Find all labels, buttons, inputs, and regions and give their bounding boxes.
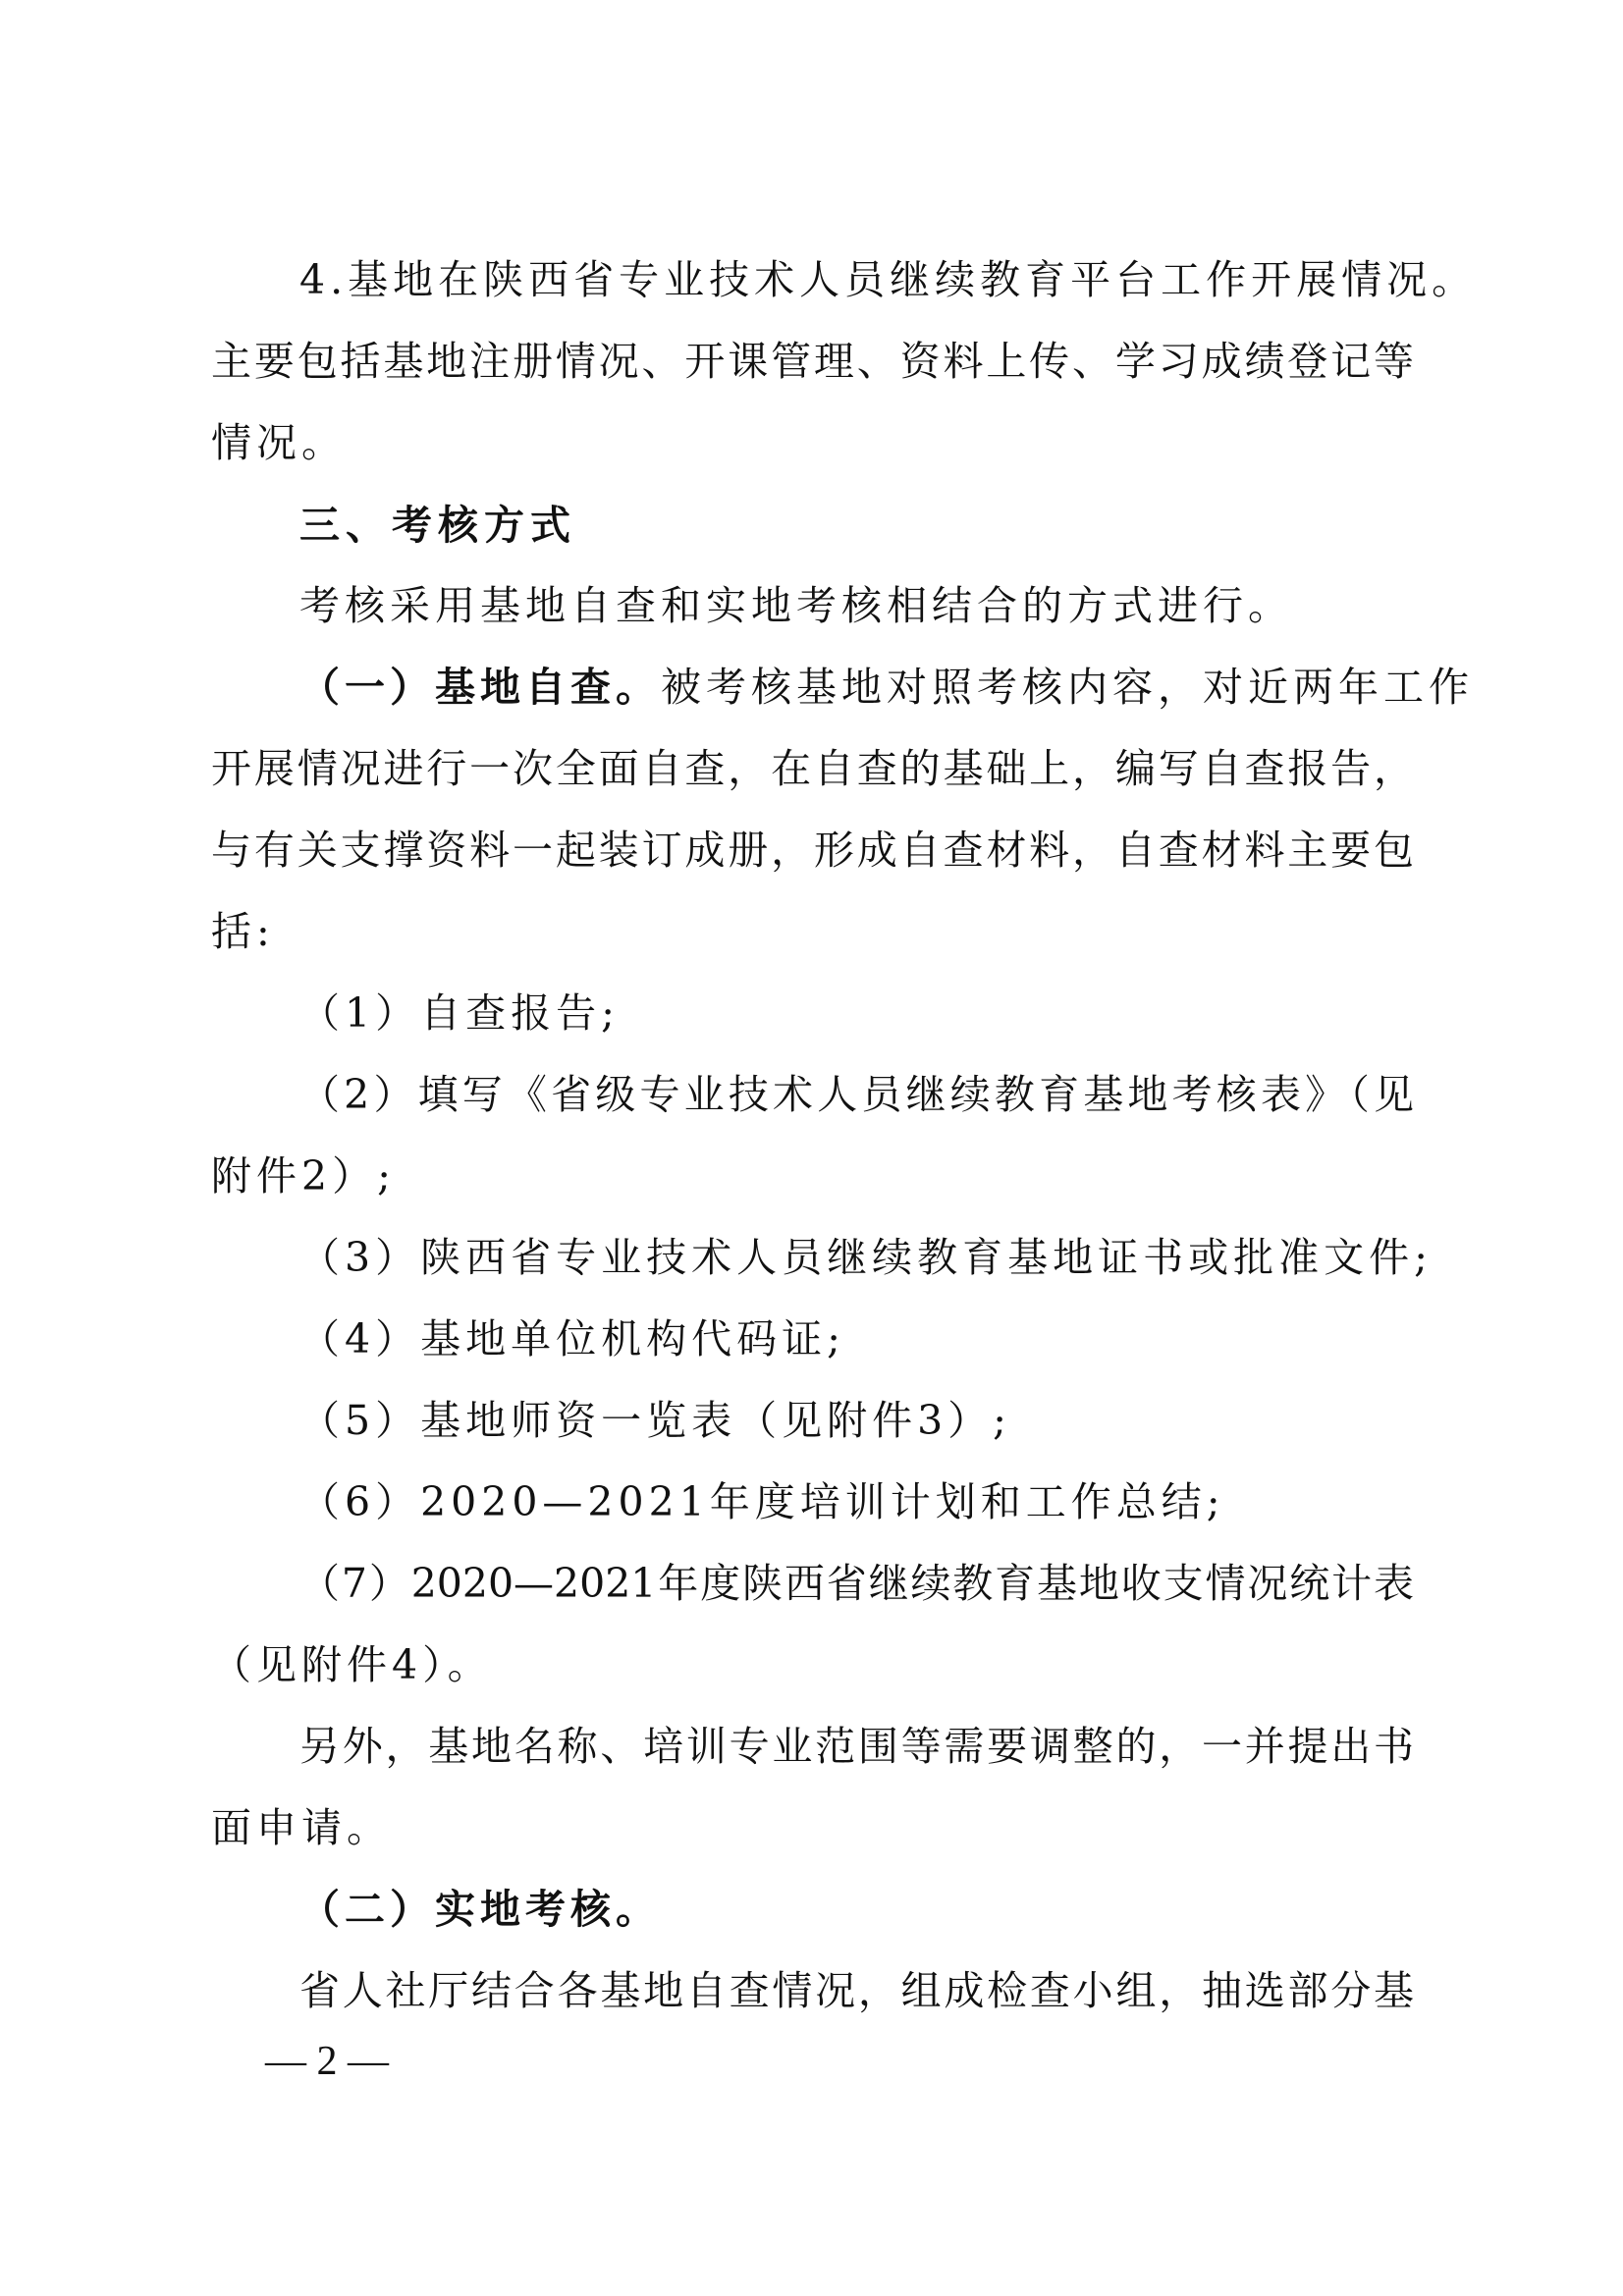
list-item-4: （4）基地单位机构代码证; [299, 1309, 1414, 1368]
subsection-heading-self-check: （一）基地自查。 [299, 664, 661, 711]
list-item-3: （3）陕西省专业技术人员继续教育基地证书或批准文件; [299, 1228, 1414, 1287]
list-item-1: （1）自查报告; [299, 984, 1414, 1042]
paragraph-line-5: 考核采用基地自查和实地考核相结合的方式进行。 [299, 576, 1414, 635]
paragraph-line-9: 括: [211, 902, 1414, 961]
paragraph-line-1: 4.基地在陕西省专业技术人员继续教育平台工作开展情况。 [299, 250, 1414, 309]
page-number: — 2 — [265, 2032, 389, 2091]
document-page: 4.基地在陕西省专业技术人员继续教育平台工作开展情况。 主要包括基地注册情况、开… [0, 0, 1623, 2296]
paragraph-onsite: 省人社厅结合各基地自查情况，组成检查小组，抽选部分基 [299, 1961, 1414, 2020]
list-item-7: （7）2020—2021年度陕西省继续教育基地收支情况统计表 [299, 1554, 1414, 1613]
section-heading-assessment-method: 三、考核方式 [299, 496, 1414, 555]
subsection-heading-onsite-assessment: （二）实地考核。 [299, 1886, 661, 1933]
paragraph-line-8: 与有关支撑资料一起装订成册，形成自查材料，自查材料主要包 [211, 821, 1414, 880]
list-item-2-continued: 附件2）; [211, 1147, 1414, 1205]
subsection-self-check-line: （一）基地自查。被考核基地对照考核内容，对近两年工作 [299, 658, 1414, 717]
list-item-7-continued: （见附件4）。 [211, 1635, 1414, 1694]
paragraph-adjustment-continued: 面申请。 [211, 1798, 1414, 1857]
paragraph-line-7: 开展情况进行一次全面自查，在自查的基础上，编写自查报告， [211, 739, 1414, 798]
paragraph-line-2: 主要包括基地注册情况、开课管理、资料上传、学习成绩登记等 [211, 332, 1414, 391]
list-item-2: （2）填写《省级专业技术人员继续教育基地考核表》（见 [299, 1065, 1414, 1124]
subsection-onsite-line: （二）实地考核。 [299, 1880, 1414, 1939]
paragraph-adjustment: 另外，基地名称、培训专业范围等需要调整的，一并提出书 [299, 1717, 1414, 1776]
paragraph-line-3: 情况。 [211, 413, 1414, 472]
list-item-6: （6）2020—2021年度培训计划和工作总结; [299, 1472, 1414, 1531]
list-item-5: （5）基地师资一览表（见附件3）; [299, 1391, 1414, 1450]
subsection-self-check-text: 被考核基地对照考核内容，对近两年工作 [661, 664, 1474, 711]
